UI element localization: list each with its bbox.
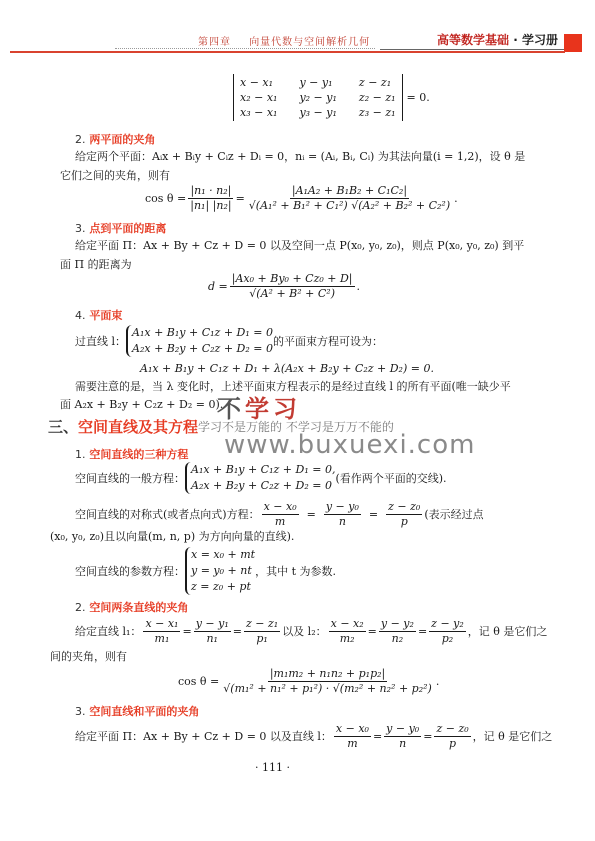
determinant-matrix: x − x₁ y − y₁ z − z₁ x₂ − x₁ y₂ − y₁ z₂ …: [233, 74, 403, 121]
det-cell: y − y₁: [299, 76, 336, 89]
heading-text: 两平面的夹角: [89, 133, 155, 146]
det-cell: z₃ − z₁: [359, 106, 396, 119]
equals: =: [236, 189, 245, 208]
fraction-numerator: y − y₀: [324, 500, 361, 515]
period: .: [454, 189, 458, 208]
fraction-numerator: |n₁ · n₂|: [188, 184, 233, 199]
formula-plane-angle: cos θ = |n₁ · n₂||n₁| |n₂| = |A₁A₂ + B₁B…: [145, 184, 458, 213]
system-line: A₂x + B₂y + C₂z + D₂ = 0: [191, 478, 335, 494]
header-book-rule: [380, 49, 570, 50]
text: 过直线 l：: [75, 332, 126, 351]
fraction-denominator: √(A₁² + B₁² + C₁²) √(A₂² + B₂² + C₂²): [247, 199, 452, 213]
fraction-denominator: |n₁| |n₂|: [188, 199, 233, 213]
fraction-numerator: y − y₁: [194, 617, 231, 632]
det-cell: y₃ − y₁: [299, 106, 336, 119]
fraction-denominator: √(A² + B² + C²): [247, 287, 337, 301]
formula-pencil: A₁x + B₁y + C₁z + D₁ + λ(A₂x + B₂y + C₂z…: [140, 359, 434, 378]
heading-plane-pencil: 4. 平面束: [75, 307, 122, 323]
fraction-numerator: |A₁A₂ + B₁B₂ + C₁C₂|: [290, 184, 409, 199]
header-red-rule: [10, 51, 565, 53]
formula-lhs: d =: [208, 277, 228, 296]
paragraph: 给定平面 Π：Ax + By + Cz + D = 0 以及空间一点 P(x₀,…: [75, 236, 524, 255]
equation-system: x = x₀ + mt y = y₀ + nt z = z₀ + pt: [185, 547, 255, 595]
formula-distance: d = |Ax₀ + By₀ + Cz₀ + D|√(A² + B² + C²)…: [208, 272, 360, 301]
paragraph: 面 A₂x + B₂y + C₂z + D₂ = 0).: [60, 395, 223, 414]
heading-number: 2.: [75, 133, 86, 146]
fraction-denominator: m₂: [338, 632, 357, 646]
fraction-numerator: z − z₁: [244, 617, 280, 632]
system-line: y = y₀ + nt: [191, 563, 255, 579]
heading-text: 点到平面的距离: [89, 222, 166, 235]
line-plane-definition: 给定平面 Π：Ax + By + Cz + D = 0 以及直线 l： x − …: [75, 722, 552, 751]
fraction-denominator: p₂: [440, 632, 455, 646]
fraction-denominator: n₁: [204, 632, 220, 646]
chapter-title: 向量代数与空间解析几何: [249, 37, 370, 48]
heading-text: 空间两条直线的夹角: [89, 601, 188, 614]
formula-line-angle: cos θ = |m₁m₂ + n₁n₂ + p₁p₂|√(m₁² + n₁² …: [178, 667, 439, 696]
det-cell: y₂ − y₁: [299, 91, 336, 104]
heading-number: 4.: [75, 309, 86, 322]
heading-point-plane-distance: 3. 点到平面的距离: [75, 220, 166, 236]
heading-line-equations: 1. 空间直线的三种方程: [75, 446, 188, 462]
fraction-numerator: x − x₀: [334, 722, 371, 737]
equation-system: A₁x + B₁y + C₁z + D₁ = 0, A₂x + B₂y + C₂…: [185, 462, 335, 494]
system-line: A₁x + B₁y + C₁z + D₁ = 0: [132, 325, 273, 341]
line-general-form: 空间直线的一般方程： A₁x + B₁y + C₁z + D₁ = 0, A₂x…: [75, 462, 447, 494]
fraction-numerator: x − x₀: [262, 500, 299, 515]
formula-lhs: cos θ =: [145, 189, 186, 208]
fraction-denominator: n₂: [390, 632, 406, 646]
book-subtitle: 学习册: [522, 33, 558, 47]
system-line: A₁x + B₁y + C₁z + D₁ = 0,: [191, 462, 335, 478]
header-color-tab: [564, 34, 582, 52]
text: 空间直线的对称式(或者点向式)方程：: [75, 505, 260, 524]
heading-line-plane-angle: 3. 空间直线和平面的夹角: [75, 703, 199, 719]
paragraph: 它们之间的夹角，则有: [60, 166, 170, 185]
fraction-denominator: n: [397, 737, 408, 751]
period: .: [436, 672, 440, 691]
fraction-numerator: |Ax₀ + By₀ + Cz₀ + D|: [230, 272, 355, 287]
text: 空间直线的参数方程：: [75, 562, 185, 581]
det-cell: x₂ − x₁: [240, 91, 277, 104]
fraction-numerator: y − y₀: [384, 722, 421, 737]
det-cell: z − z₁: [359, 76, 396, 89]
part-number: 三、: [48, 418, 78, 436]
period: .: [357, 277, 361, 296]
text: (表示经过点: [424, 505, 483, 524]
det-equals: = 0.: [407, 91, 430, 104]
part-heading-space-lines: 三、空间直线及其方程: [48, 416, 198, 437]
heading-text: 空间直线和平面的夹角: [89, 705, 199, 718]
running-header-chapter: 第四章 向量代数与空间解析几何: [198, 33, 370, 48]
book-separator: ·: [513, 33, 518, 47]
heading-line-angle: 2. 空间两条直线的夹角: [75, 599, 188, 615]
paragraph: 间的夹角，则有: [50, 647, 127, 666]
fraction-numerator: x − x₂: [329, 617, 366, 632]
paragraph: 给定两个平面：Aᵢx + Bᵢy + Cᵢz + Dᵢ = 0，nᵢ = (Aᵢ…: [75, 147, 525, 166]
equation-system: A₁x + B₁y + C₁z + D₁ = 0 A₂x + B₂y + C₂z…: [126, 325, 273, 357]
header-dotted-rule: [115, 48, 375, 50]
fraction-denominator: p: [399, 515, 410, 529]
watermark-url: www.buxuexi.com: [224, 430, 475, 460]
fraction-denominator: p: [447, 737, 458, 751]
text: 的平面束方程可设为：: [273, 332, 383, 351]
paragraph: 面 Π 的距离为: [60, 255, 132, 274]
fraction-numerator: z − y₂: [429, 617, 466, 632]
text: ，记 θ 是它们之: [473, 727, 553, 746]
two-lines-definition: 给定直线 l₁： x − x₁m₁= y − y₁n₁= z − z₁p₁ 以及…: [75, 617, 547, 646]
page-number: · 111 ·: [255, 761, 290, 774]
fraction-denominator: √(m₁² + n₁² + p₁²) · √(m₂² + n₂² + p₂²): [221, 682, 434, 696]
det-cell: z₂ − z₁: [359, 91, 396, 104]
text: ，其中 t 为参数.: [255, 562, 336, 581]
plane-three-points-determinant: x − x₁ y − y₁ z − z₁ x₂ − x₁ y₂ − y₁ z₂ …: [233, 74, 430, 121]
heading-number: 3.: [75, 222, 86, 235]
fraction-denominator: m₁: [153, 632, 172, 646]
heading-plane-angle: 2. 两平面的夹角: [75, 131, 155, 147]
paragraph: (x₀, y₀, z₀)且以向量(m, n, p) 为方向向量的直线).: [50, 527, 294, 546]
det-cell: x₃ − x₁: [240, 106, 277, 119]
part-title: 空间直线及其方程: [78, 418, 198, 436]
text: 空间直线的一般方程：: [75, 469, 185, 488]
fraction-denominator: m: [345, 737, 359, 751]
heading-number: 1.: [75, 448, 86, 461]
text: (看作两个平面的交线).: [335, 469, 446, 488]
chapter-number: 第四章: [198, 37, 231, 48]
system-line: A₂x + B₂y + C₂z + D₂ = 0: [132, 341, 273, 357]
heading-number: 3.: [75, 705, 86, 718]
running-header-book: 高等数学基础 · 学习册: [437, 31, 558, 48]
fraction-numerator: z − z₀: [434, 722, 470, 737]
heading-text: 空间直线的三种方程: [89, 448, 188, 461]
det-cell: x − x₁: [240, 76, 277, 89]
fraction-numerator: x − x₁: [143, 617, 180, 632]
text: 以及 l₂：: [282, 622, 326, 641]
formula-lhs: cos θ =: [178, 672, 219, 691]
heading-text: 平面束: [89, 309, 122, 322]
text: 给定直线 l₁：: [75, 622, 141, 641]
fraction-denominator: n: [337, 515, 348, 529]
text: 给定平面 Π：Ax + By + Cz + D = 0 以及直线 l：: [75, 727, 332, 746]
text: ，记 θ 是它们之: [468, 622, 548, 641]
fraction-numerator: y − y₂: [379, 617, 416, 632]
fraction-numerator: z − z₀: [386, 500, 422, 515]
line-symmetric-form: 空间直线的对称式(或者点向式)方程： x − x₀m = y − y₀n = z…: [75, 500, 484, 529]
system-line: x = x₀ + mt: [191, 547, 255, 563]
pencil-definition: 过直线 l： A₁x + B₁y + C₁z + D₁ = 0 A₂x + B₂…: [75, 325, 383, 357]
book-title: 高等数学基础: [437, 33, 509, 47]
fraction-denominator: p₁: [254, 632, 269, 646]
line-parametric-form: 空间直线的参数方程： x = x₀ + mt y = y₀ + nt z = z…: [75, 547, 336, 595]
system-line: z = z₀ + pt: [191, 579, 255, 595]
fraction-numerator: |m₁m₂ + n₁n₂ + p₁p₂|: [268, 667, 387, 682]
heading-number: 2.: [75, 601, 86, 614]
